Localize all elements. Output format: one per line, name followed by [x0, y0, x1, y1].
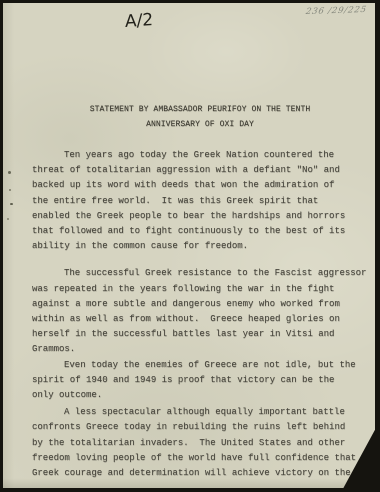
- scan-speck: [8, 171, 11, 174]
- text-line: Grammos.: [32, 342, 368, 357]
- text-line: ability in the common cause for freedom.: [32, 239, 368, 254]
- text-line: freedom loving people of the world have …: [32, 451, 368, 466]
- text-line: was repeated in the years following the …: [32, 282, 368, 297]
- document-page: 236 /29/225 A/2 STATEMENT BY AMBASSADOR …: [3, 3, 375, 488]
- paragraph: Ten years ago today the Greek Nation cou…: [32, 148, 368, 254]
- text-line: the entire free world. It was this Greek…: [32, 194, 368, 209]
- title-line-2: ANNIVERSARY OF OXI DAY: [25, 117, 375, 132]
- scan-speck: [10, 203, 13, 205]
- scan-speck: [9, 189, 11, 191]
- text-line: threat of totalitarian aggression with a…: [32, 163, 368, 178]
- text-line: herself in the successful battles last y…: [32, 327, 368, 342]
- text-line: enabled the Greek people to bear the har…: [32, 209, 368, 224]
- paragraph: A less spectacular although equally impo…: [32, 405, 368, 481]
- paragraph: Even today the enemies of Greece are not…: [32, 358, 368, 404]
- text-line: A less spectacular although equally impo…: [32, 405, 368, 420]
- text-line: spirit of 1940 and 1949 is proof that vi…: [32, 373, 368, 388]
- text-line: confronts Greece today in rebuilding the…: [32, 420, 368, 435]
- text-line: against a more subtle and dangerous enem…: [32, 297, 368, 312]
- text-line: Ten years ago today the Greek Nation cou…: [32, 148, 368, 163]
- paragraph: The successful Greek resistance to the F…: [32, 266, 368, 357]
- scan-speck: [7, 218, 9, 220]
- text-line: backed up its word with deeds that won t…: [32, 178, 368, 193]
- title-line-1: STATEMENT BY AMBASSADOR PEURIFOY ON THE …: [25, 102, 375, 117]
- text-line: by the totalitarian invaders. The United…: [32, 436, 368, 451]
- document-title: STATEMENT BY AMBASSADOR PEURIFOY ON THE …: [3, 102, 375, 132]
- archive-number-handwritten: 236 /29/225: [304, 5, 367, 17]
- document-body: Ten years ago today the Greek Nation cou…: [32, 148, 368, 481]
- text-line: that followed and to fight continuously …: [32, 224, 368, 239]
- text-line: Even today the enemies of Greece are not…: [32, 358, 368, 373]
- text-line: The successful Greek resistance to the F…: [32, 266, 368, 281]
- text-line: only outcome.: [32, 388, 368, 403]
- text-line: Greek courage and determination will ach…: [32, 466, 368, 481]
- text-line: within as well as from without. Greece h…: [32, 312, 368, 327]
- scanned-page-background: 236 /29/225 A/2 STATEMENT BY AMBASSADOR …: [0, 0, 380, 492]
- handwritten-mark: A/2: [125, 10, 153, 32]
